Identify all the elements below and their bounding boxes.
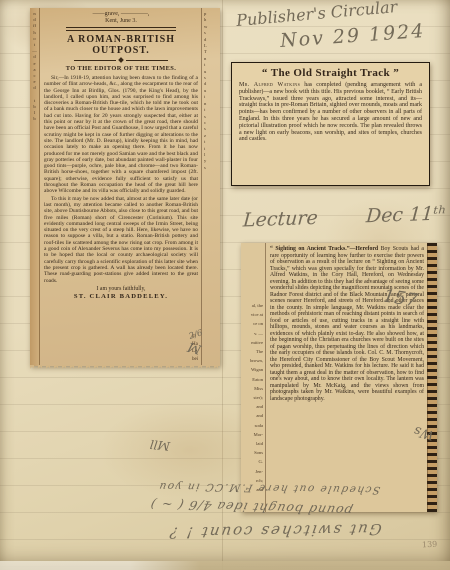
clipping-title: “ The Old Straight Track ” [239,67,422,79]
letter-paragraph: Sir,—In 1918-19, attention having been d… [44,75,198,195]
letter-closing: I am yours faithfully, [44,286,198,292]
clipping-sighting-ancient-tracks: al, the vice at ce on v. — mitive The br… [241,243,437,512]
letter-body: Sir,—In 1918-19, attention having been d… [44,75,198,284]
torn-edge-letters: n d ff h o t — d e a c e d t b l b [30,8,40,366]
author-name: Mr. Alfred Watkins [239,82,300,88]
page-bottom-edge [0,561,450,570]
inverted-pencil-note: Gut switches count ! ? [167,520,383,542]
clipping-old-straight-track: “ The Old Straight Track ” Mr. Alfred Wa… [231,62,430,186]
lecture-lead: “ Sighting on Ancient Tracks.”—Hereford [270,246,378,252]
cut-column-fragments: m Ha Le bei [192,333,212,363]
lecture-body: Boy Scouts had a rare opportunity of lea… [270,246,424,402]
clipping-roman-british-outpost: n d ff h o t — d e a c e d t b l b ‒‒‒‒g… [30,8,220,366]
perforated-edge [427,243,437,512]
cut-column-letters: p h w s d L T n t u s d u i n t s c s z … [201,8,220,366]
headline: A ROMAN-BRITISH OUTPOST. [44,34,198,56]
page-crease [222,0,223,570]
lecture-column: “ Sighting on Ancient Tracks.”—Hereford … [266,243,427,512]
clipping-body: Mr. Alfred Watkins has completed (pendin… [239,82,422,143]
ornament-rule [74,58,168,62]
letter-signature: ST. CLAIR BADDELEY. [44,293,198,300]
scrapbook-page: n d ff h o t — d e a c e d t b l b ‒‒‒‒g… [0,0,450,570]
cut-column-fragments: al, the vice at ce on v. — mitive The br… [241,243,266,512]
handwritten-source-note: Publisher's Circular [235,0,397,30]
letter-paragraph: To this it may be now added that, almost… [44,196,198,284]
diamond-ornament [118,57,124,63]
double-rule [66,27,176,31]
letter-dateline: ‒‒‒‒grave, ‒‒‒‒‒‒‒‒‒, Kent, June 3. [44,11,198,25]
handwritten-date: Nov 29 1924 [279,20,426,52]
body-text: has completed (pending arrangement with … [239,82,422,142]
page-number: 139 [422,540,438,550]
editor-subhead: TO THE EDITOR OF THE TIMES. [44,65,198,72]
handwritten-scrawl: Mll [149,437,171,453]
outpost-column: ‒‒‒‒grave, ‒‒‒‒‒‒‒‒‒, Kent, June 3. A RO… [40,8,201,366]
torn-bottom-edge [30,365,220,371]
handwritten-lecture-note: Lecture Dec 11ᵗʰ 1924 [242,200,450,231]
